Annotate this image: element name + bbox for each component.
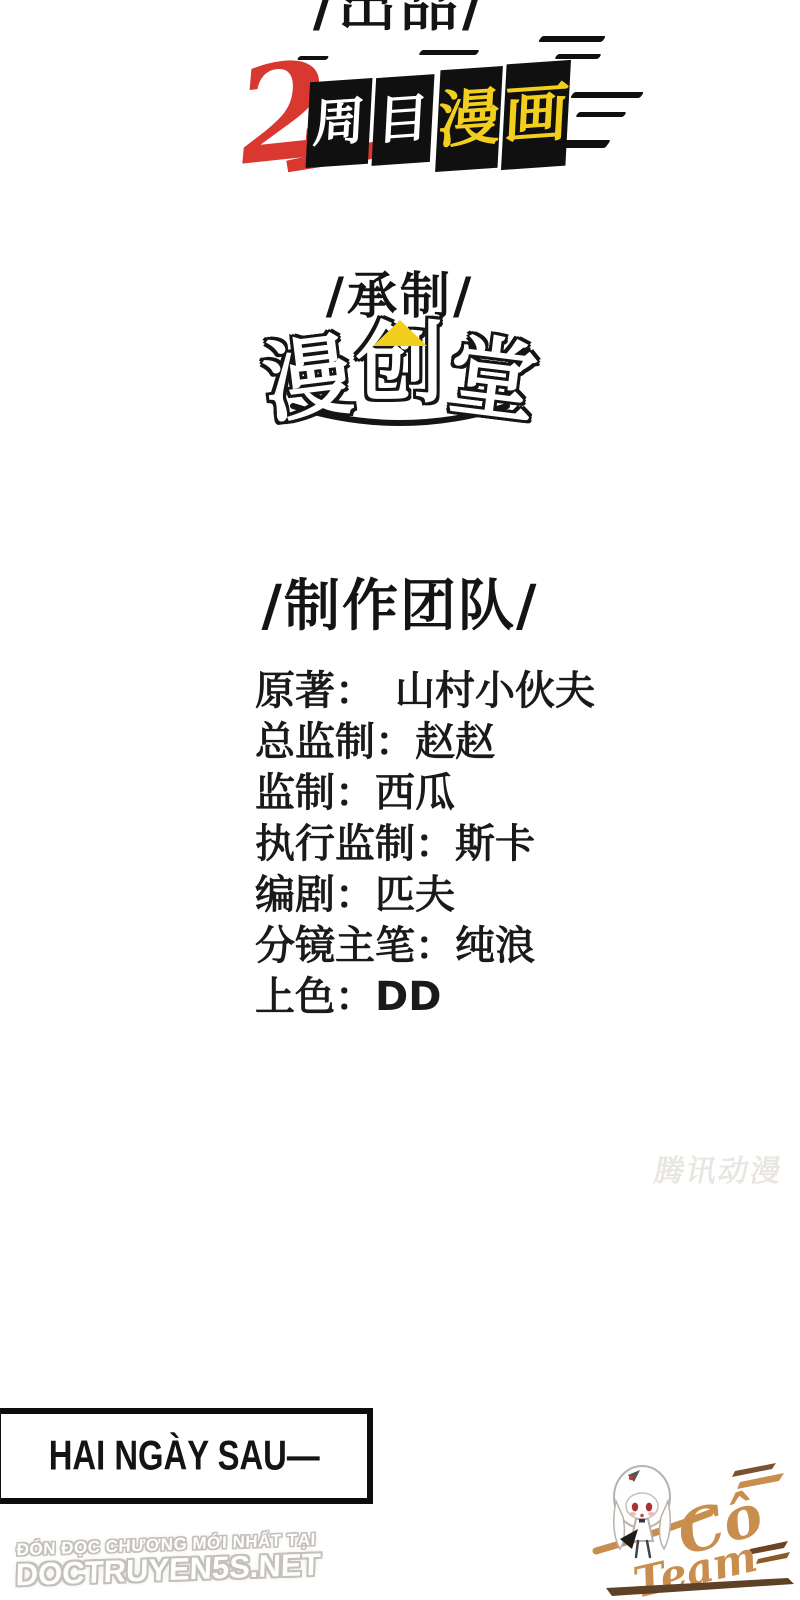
translator-signature: Cô Team <box>592 1455 800 1600</box>
logo-box-char: 周 <box>306 78 373 168</box>
yellow-roof-decoration <box>373 320 427 346</box>
logo-char: 周 <box>311 95 366 151</box>
brush-dash <box>732 1463 776 1477</box>
speed-line <box>418 50 480 55</box>
site-credit-line2: DOCTRUYEN5S.NET <box>15 1549 321 1592</box>
credits-list: 原著： 山村小伙夫 总监制：赵赵 监制：西瓜 执行监制：斯卡 编剧：匹夫 分镜主… <box>255 666 595 1023</box>
credit-row-screenwriter: 编剧：匹夫 <box>255 870 595 921</box>
studio-logo-char: 堂 <box>444 331 542 429</box>
credit-row-executive-supervisor: 执行监制：斯卡 <box>255 819 595 870</box>
logo-char: 漫 <box>436 86 502 152</box>
credit-row-original-author: 原著： 山村小伙夫 <box>255 666 595 717</box>
signature-artwork: Cô Team <box>592 1455 800 1600</box>
credit-row-storyboard-artist: 分镜主笔：纯浪 <box>255 921 595 972</box>
credit-row-supervisor: 监制：西瓜 <box>255 768 595 819</box>
speed-line <box>570 92 644 98</box>
logo-box-char: 画 <box>501 60 571 170</box>
comic-credits-page: /出品/ 2 周 目 漫 画 /承制/ 漫 创 堂 /制作团队/ 原著： 山村小… <box>0 0 800 1600</box>
credit-row-chief-supervisor: 总监制：赵赵 <box>255 717 595 768</box>
logo-box-char: 漫 <box>435 66 503 172</box>
chibi-mascot <box>614 1466 671 1557</box>
brush-dash <box>756 1552 790 1564</box>
speed-line <box>554 54 602 59</box>
site-credit: ĐÓN ĐỌC CHƯƠNG MỚI NHẤT TẠI DOCTRUYEN5S.… <box>15 1531 321 1592</box>
section-label-publisher: /出品/ <box>0 0 800 42</box>
logo-box-char: 目 <box>372 74 435 166</box>
caption-box: HAI NGÀY SAU— <box>0 1408 373 1504</box>
speed-line <box>538 36 606 42</box>
logo-char: 画 <box>502 81 570 149</box>
studio-logo-char: 创 <box>356 320 444 408</box>
speed-line <box>297 56 330 60</box>
speed-line <box>575 112 627 117</box>
platform-watermark: 腾讯动漫 <box>651 1146 787 1190</box>
caption-text: HAI NGÀY SAU— <box>49 1432 320 1479</box>
credit-row-colorist: 上色：DD <box>255 972 595 1023</box>
studio-logo-char: 漫 <box>258 331 356 429</box>
speed-line <box>553 140 611 148</box>
section-label-team: /制作团队/ <box>0 562 800 642</box>
logo-char: 目 <box>375 92 430 148</box>
studio-logo: 漫 创 堂 <box>0 324 800 412</box>
